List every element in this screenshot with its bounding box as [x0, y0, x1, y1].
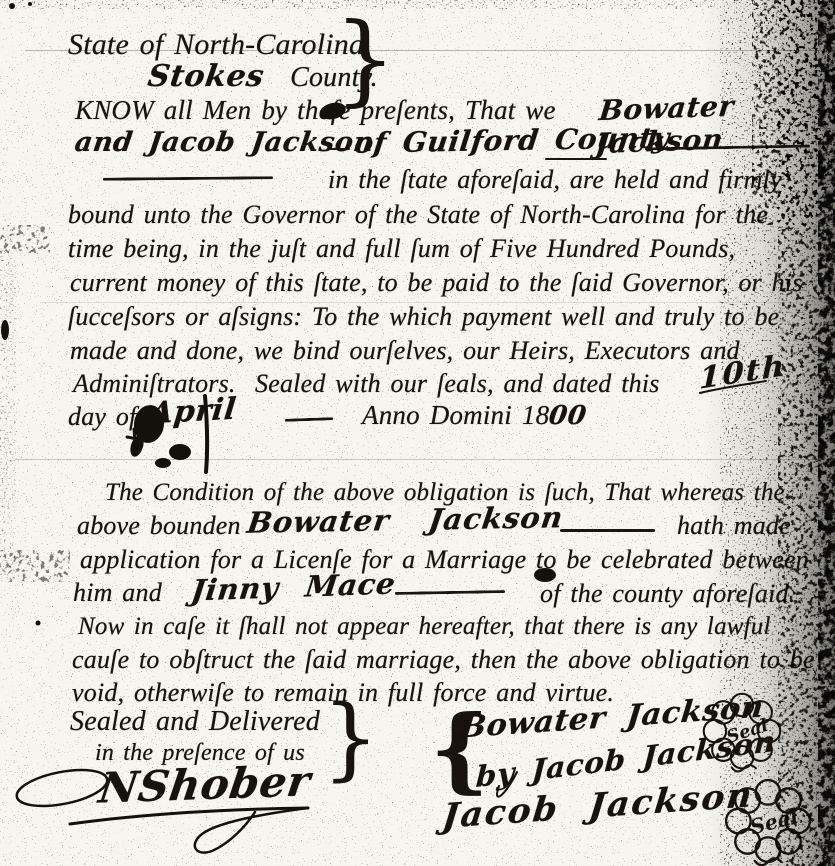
- inked-dash: [560, 529, 655, 532]
- form-line-anno-domini: Anno Domini 1800: [362, 399, 587, 433]
- inked-dash: [395, 590, 505, 595]
- condition-line-6: cauſe to obſtruct the ſaid marriage, the…: [72, 644, 815, 677]
- inked-dash: [330, 148, 350, 150]
- anno-domini-printed: Anno Domini 18: [362, 400, 549, 430]
- form-line-made-done: made and done, we bind ourſelves, our He…: [70, 335, 740, 368]
- marriage-bond-scan: State of North-Carolina, Stokes County. …: [0, 0, 835, 866]
- handwritten-residence: of Guilford County: [353, 121, 672, 159]
- form-line-bound-governor: bound unto the Governor of the State of …: [68, 199, 768, 232]
- inked-underline: [545, 158, 607, 160]
- form-line-current-money: current money of this ſtate, to be paid …: [70, 267, 803, 300]
- handwritten-month: April: [148, 392, 238, 431]
- condition-line-3: application for a Licenſe for a Marriage…: [80, 544, 809, 577]
- condition-above-bounden: above bounden: [77, 510, 241, 543]
- form-line-aforesaid: in the ſtate aforeſaid, are held and fir…: [328, 164, 782, 197]
- handwritten-county-name: Stokes: [145, 58, 266, 96]
- handwritten-bride-name: Jinny Mace: [189, 566, 397, 607]
- attestation-brace: }: [322, 698, 379, 779]
- handwritten-groom-name: Bowater Jackson: [245, 500, 565, 539]
- form-line-know-all-men: KNOW all Men by theſe preſents, That we: [75, 94, 556, 128]
- seal-scribble-bowater: Seal: [700, 690, 784, 774]
- scan-rule-line: [15, 459, 830, 460]
- inked-dash: [103, 176, 273, 180]
- handwritten-year-digits: 00: [547, 400, 589, 433]
- form-line-day-of: day of: [68, 401, 136, 434]
- inked-dash: [285, 417, 333, 422]
- form-line-successors: ſucceſsors or aſsigns: To the which paym…: [68, 301, 779, 334]
- condition-line-5: Now in caſe it ſhall not appear hereafte…: [78, 611, 771, 642]
- condition-him-and: him and: [73, 577, 162, 610]
- condition-of-county: of the county aforeſaid.: [540, 578, 795, 611]
- header-brace: }: [334, 16, 396, 104]
- sealed-delivered-line: Sealed and Delivered: [70, 704, 320, 739]
- condition-hath-made: hath made: [677, 510, 791, 543]
- handwritten-surety-name: and Jacob Jackson: [73, 126, 377, 160]
- seal-scribble-jacob: Seal: [722, 776, 814, 866]
- witness-signature: NShober: [96, 756, 314, 812]
- form-line-sum: time being, in the juſt and full ſum of …: [68, 233, 735, 266]
- seal-tail-loops: [755, 858, 782, 865]
